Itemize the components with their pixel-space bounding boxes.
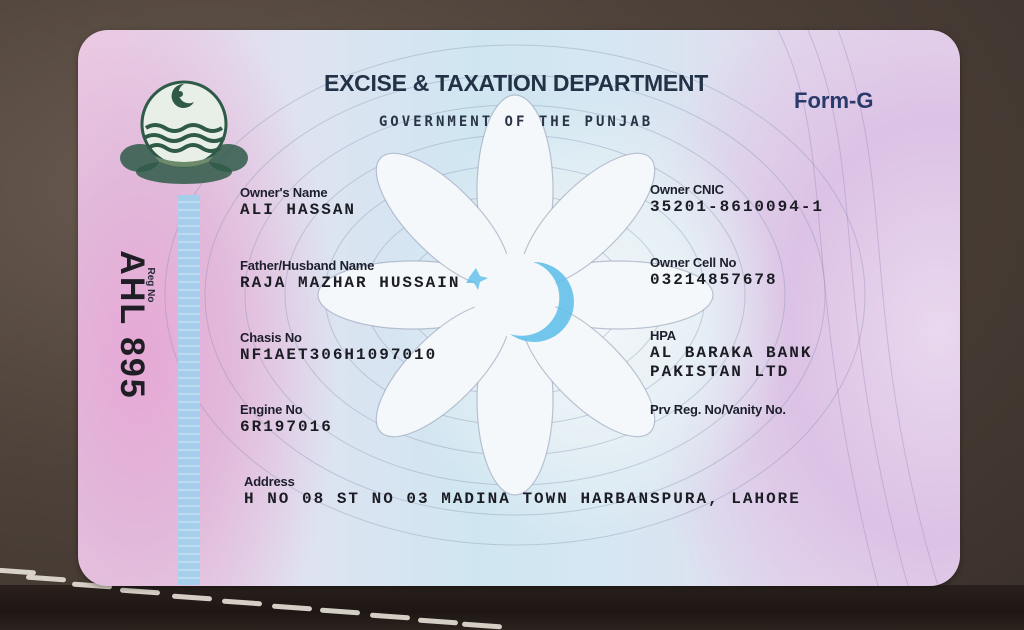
field-value: 03214857678 <box>650 271 778 289</box>
field-label: Chasis No <box>240 330 437 345</box>
field-value: 35201-8610094-1 <box>650 198 824 216</box>
punjab-emblem-icon <box>118 72 250 188</box>
form-label: Form-G <box>794 88 873 114</box>
department-title: EXCISE & TAXATION DEPARTMENT <box>266 70 766 97</box>
owner-name-field: Owner's Name ALI HASSAN <box>240 185 356 219</box>
field-label: Prv Reg. No/Vanity No. <box>650 402 786 417</box>
chassis-number-field: Chasis No NF1AET306H1097010 <box>240 330 437 364</box>
field-label: Owner CNIC <box>650 182 824 197</box>
registration-label: Reg No <box>140 250 156 320</box>
government-subtitle: GOVERNMENT OF THE PUNJAB <box>266 114 766 130</box>
field-label: Father/Husband Name <box>240 258 460 273</box>
registration-number-block: AHL 895 Reg No <box>104 225 160 425</box>
field-label: Owner Cell No <box>650 255 778 270</box>
field-label: Engine No <box>240 402 333 417</box>
stitch <box>26 575 66 583</box>
field-value-line1: AL BARAKA BANK <box>650 344 812 362</box>
field-label: Owner's Name <box>240 185 356 200</box>
engine-number-field: Engine No 6R197016 <box>240 402 333 436</box>
field-value: NF1AET306H1097010 <box>240 346 437 364</box>
field-value: ALI HASSAN <box>240 201 356 219</box>
registration-card: AHL 895 Reg No EXCISE & TAXATION DEPARTM… <box>78 30 960 586</box>
previous-registration-field: Prv Reg. No/Vanity No. <box>650 402 786 418</box>
field-value: RAJA MAZHAR HUSSAIN <box>240 274 460 292</box>
field-value: H NO 08 ST NO 03 MADINA TOWN HARBANSPURA… <box>244 490 801 508</box>
owner-cnic-field: Owner CNIC 35201-8610094-1 <box>650 182 824 216</box>
father-husband-name-field: Father/Husband Name RAJA MAZHAR HUSSAIN <box>240 258 460 292</box>
field-value: 6R197016 <box>240 418 333 436</box>
owner-cell-number-field: Owner Cell No 03214857678 <box>650 255 778 289</box>
field-label: Address <box>244 474 801 489</box>
security-stripe <box>178 195 200 585</box>
hpa-field: HPA AL BARAKA BANK PAKISTAN LTD <box>650 328 812 381</box>
field-value-line2: PAKISTAN LTD <box>650 363 812 381</box>
address-field: Address H NO 08 ST NO 03 MADINA TOWN HAR… <box>244 474 801 508</box>
flower-watermark <box>318 95 713 495</box>
field-label: HPA <box>650 328 812 343</box>
